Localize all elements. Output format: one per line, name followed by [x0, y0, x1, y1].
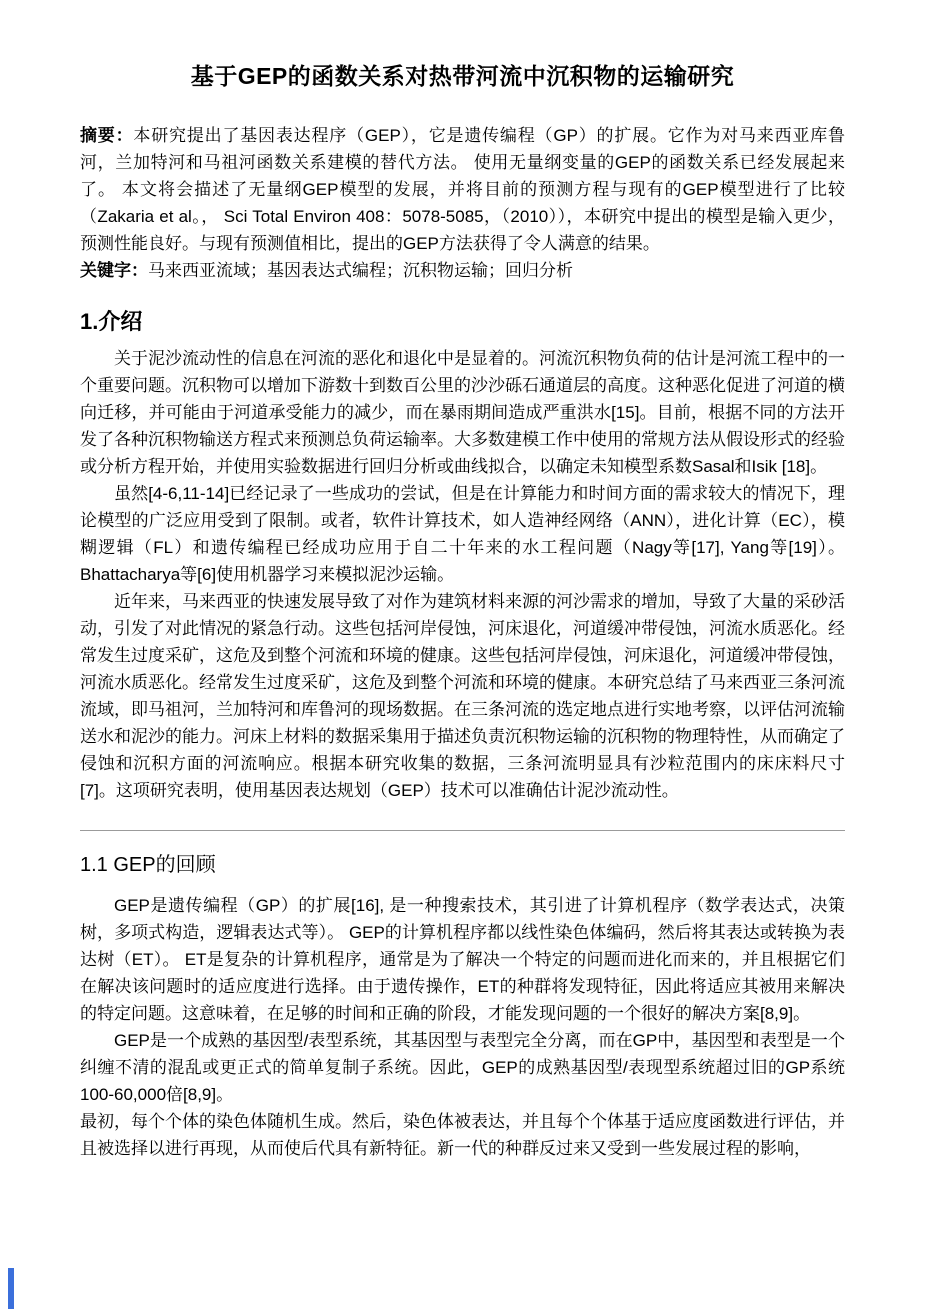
blue-cursor-bar: [8, 1268, 14, 1309]
gep-review-paragraph-2: GEP是一个成熟的基因型/表型系统，其基因型与表型完全分离，而在GP中，基因型和…: [80, 1027, 845, 1108]
document-content: 基于GEP的函数关系对热带河流中沉积物的运输研究 摘要：本研究提出了基因表达程序…: [0, 0, 925, 1162]
keywords-text: 马来西亚流域；基因表达式编程；沉积物运输；回归分析: [148, 261, 573, 280]
keywords-paragraph: 关键字：马来西亚流域；基因表达式编程；沉积物运输；回归分析: [80, 257, 845, 284]
subsection-heading-gep-review: 1.1 GEP的回顾: [80, 848, 845, 877]
keywords-label: 关键字：: [80, 261, 148, 280]
section-divider: [80, 830, 845, 831]
abstract-text: 本研究提出了基因表达程序（GEP），它是遗传编程（GP）的扩展。它作为对马来西亚…: [80, 126, 845, 253]
abstract-label: 摘要：: [80, 126, 133, 145]
abstract-paragraph: 摘要：本研究提出了基因表达程序（GEP），它是遗传编程（GP）的扩展。它作为对马…: [80, 122, 845, 257]
intro-paragraph-2: 虽然[4-6,11-14]已经记录了一些成功的尝试，但是在计算能力和时间方面的需…: [80, 480, 845, 588]
intro-paragraph-3: 近年来，马来西亚的快速发展导致了对作为建筑材料来源的河沙需求的增加，导致了大量的…: [80, 588, 845, 804]
gep-review-paragraph-1: GEP是遗传编程（GP）的扩展[16], 是一种搜索技术，其引进了计算机程序（数…: [80, 892, 845, 1027]
document-page: 基于GEP的函数关系对热带河流中沉积物的运输研究 摘要：本研究提出了基因表达程序…: [0, 0, 925, 1309]
page-title: 基于GEP的函数关系对热带河流中沉积物的运输研究: [80, 58, 845, 91]
gep-review-paragraph-3: 最初，每个个体的染色体随机生成。然后，染色体被表达，并且每个个体基于适应度函数进…: [80, 1108, 845, 1162]
intro-paragraph-1: 关于泥沙流动性的信息在河流的恶化和退化中是显着的。河流沉积物负荷的估计是河流工程…: [80, 345, 845, 480]
section-heading-introduction: 1.介绍: [80, 305, 845, 336]
